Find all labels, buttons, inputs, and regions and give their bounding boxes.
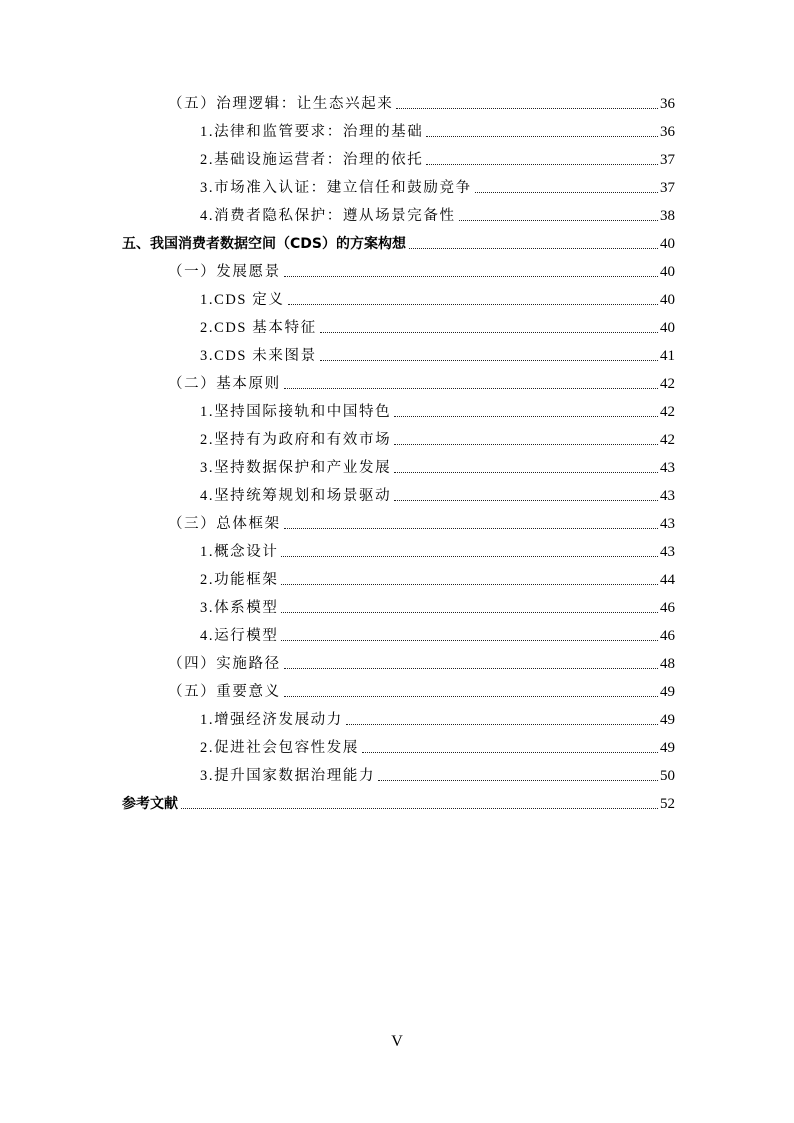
toc-entry-page: 41 [660, 345, 675, 367]
dot-leader [394, 415, 658, 417]
toc-entry-label: 3.体系模型 [200, 597, 278, 619]
dot-leader [346, 723, 658, 725]
toc-entry-label: （五）重要意义 [168, 681, 281, 703]
toc-entry-label: 2.CDS 基本特征 [200, 317, 317, 339]
toc-entry-page: 43 [660, 457, 675, 479]
toc-entry[interactable]: 2.基础设施运营者：治理的依托37 [200, 149, 675, 171]
toc-entry[interactable]: 2.促进社会包容性发展49 [200, 737, 675, 759]
dot-leader [394, 471, 658, 473]
toc-entry[interactable]: 3.提升国家数据治理能力50 [200, 765, 675, 787]
toc-entry-label: （五）治理逻辑：让生态兴起来 [168, 93, 393, 115]
toc-entry-page: 38 [660, 205, 675, 227]
toc-entry-page: 49 [660, 681, 675, 703]
toc-entry-label: 4.坚持统筹规划和场景驱动 [200, 485, 391, 507]
toc-entry-label: （一）发展愿景 [168, 261, 281, 283]
toc-entry-label: 2.坚持有为政府和有效市场 [200, 429, 391, 451]
dot-leader [394, 443, 658, 445]
dot-leader [320, 331, 658, 333]
toc-entry-label: 2.基础设施运营者：治理的依托 [200, 149, 423, 171]
dot-leader [281, 555, 658, 557]
toc-entry-label: 参考文献 [122, 793, 178, 815]
dot-leader [362, 751, 658, 753]
toc-entry-page: 40 [660, 233, 675, 255]
toc-entry[interactable]: 4.坚持统筹规划和场景驱动43 [200, 485, 675, 507]
toc-entry-page: 49 [660, 737, 675, 759]
toc-entry-page: 42 [660, 401, 675, 423]
dot-leader [409, 247, 658, 249]
toc-references-entry[interactable]: 参考文献52 [122, 793, 675, 815]
toc-entry[interactable]: 1.坚持国际接轨和中国特色42 [200, 401, 675, 423]
toc-entry-label: 4.运行模型 [200, 625, 278, 647]
toc-entry[interactable]: （四）实施路径48 [168, 653, 675, 675]
toc-entry-page: 50 [660, 765, 675, 787]
toc-entry[interactable]: 3.市场准入认证：建立信任和鼓励竞争37 [200, 177, 675, 199]
toc-entry[interactable]: 1.增强经济发展动力49 [200, 709, 675, 731]
dot-leader [320, 359, 658, 361]
dot-leader [284, 695, 658, 697]
toc-entry-page: 40 [660, 317, 675, 339]
dot-leader [281, 639, 658, 641]
toc-entry[interactable]: 4.消费者隐私保护：遵从场景完备性38 [200, 205, 675, 227]
page-number: V [0, 1033, 794, 1051]
toc-entry-label: （四）实施路径 [168, 653, 281, 675]
toc-entry[interactable]: （三）总体框架43 [168, 513, 675, 535]
toc-entry-page: 46 [660, 597, 675, 619]
toc-entry[interactable]: （二）基本原则42 [168, 373, 675, 395]
dot-leader [284, 527, 658, 529]
toc-entry-page: 44 [660, 569, 675, 591]
toc-entry-label: 1.CDS 定义 [200, 289, 285, 311]
toc-entry-page: 48 [660, 653, 675, 675]
toc-entry-page: 46 [660, 625, 675, 647]
toc-entry-label: 3.坚持数据保护和产业发展 [200, 457, 391, 479]
dot-leader [394, 499, 658, 501]
toc-entry[interactable]: 2.坚持有为政府和有效市场42 [200, 429, 675, 451]
toc-entry-page: 42 [660, 373, 675, 395]
dot-leader [281, 611, 658, 613]
toc-entry-page: 43 [660, 541, 675, 563]
toc-entry-page: 43 [660, 485, 675, 507]
toc-entry-page: 49 [660, 709, 675, 731]
dot-leader [181, 807, 658, 809]
toc-entry-label: （二）基本原则 [168, 373, 281, 395]
toc-entry[interactable]: 2.CDS 基本特征40 [200, 317, 675, 339]
toc-entry[interactable]: （五）治理逻辑：让生态兴起来36 [168, 93, 675, 115]
dot-leader [426, 163, 658, 165]
dot-leader [475, 191, 658, 193]
toc-entry-label: 五、我国消费者数据空间（CDS）的方案构想 [122, 233, 406, 255]
toc-entry-page: 36 [660, 121, 675, 143]
toc-entry-page: 52 [660, 793, 675, 815]
toc-entry[interactable]: 3.体系模型46 [200, 597, 675, 619]
toc-entry-label: 3.CDS 未来图景 [200, 345, 317, 367]
toc-entry-label: 2.功能框架 [200, 569, 278, 591]
toc-entry[interactable]: 1.概念设计43 [200, 541, 675, 563]
toc-entry-label: 1.增强经济发展动力 [200, 709, 343, 731]
dot-leader [378, 779, 658, 781]
toc-entry[interactable]: 3.坚持数据保护和产业发展43 [200, 457, 675, 479]
toc-chapter-entry[interactable]: 五、我国消费者数据空间（CDS）的方案构想40 [122, 233, 675, 255]
dot-leader [284, 667, 658, 669]
dot-leader [284, 275, 658, 277]
toc-entry-page: 37 [660, 149, 675, 171]
toc-entry[interactable]: 4.运行模型46 [200, 625, 675, 647]
toc-entry[interactable]: 1.CDS 定义40 [200, 289, 675, 311]
toc-entry-label: （三）总体框架 [168, 513, 281, 535]
toc-entry-page: 43 [660, 513, 675, 535]
toc-entry-label: 1.法律和监管要求：治理的基础 [200, 121, 423, 143]
dot-leader [426, 135, 658, 137]
toc-entry-label: 4.消费者隐私保护：遵从场景完备性 [200, 205, 456, 227]
toc-entry-label: 1.概念设计 [200, 541, 278, 563]
dot-leader [288, 303, 658, 305]
toc-entry-page: 42 [660, 429, 675, 451]
dot-leader [459, 219, 658, 221]
dot-leader [284, 387, 658, 389]
toc-entry[interactable]: 3.CDS 未来图景41 [200, 345, 675, 367]
toc-entry[interactable]: （一）发展愿景40 [168, 261, 675, 283]
toc-entry[interactable]: 2.功能框架44 [200, 569, 675, 591]
toc-entry-label: 2.促进社会包容性发展 [200, 737, 359, 759]
dot-leader [281, 583, 658, 585]
toc-entry-label: 1.坚持国际接轨和中国特色 [200, 401, 391, 423]
toc-entry-page: 37 [660, 177, 675, 199]
toc-entry-page: 36 [660, 93, 675, 115]
toc-entry-page: 40 [660, 289, 675, 311]
toc-entry[interactable]: 1.法律和监管要求：治理的基础36 [200, 121, 675, 143]
dot-leader [396, 107, 658, 109]
toc-entry-page: 40 [660, 261, 675, 283]
toc-entry-label: 3.提升国家数据治理能力 [200, 765, 375, 787]
toc-entry-label: 3.市场准入认证：建立信任和鼓励竞争 [200, 177, 472, 199]
toc-entry[interactable]: （五）重要意义49 [168, 681, 675, 703]
